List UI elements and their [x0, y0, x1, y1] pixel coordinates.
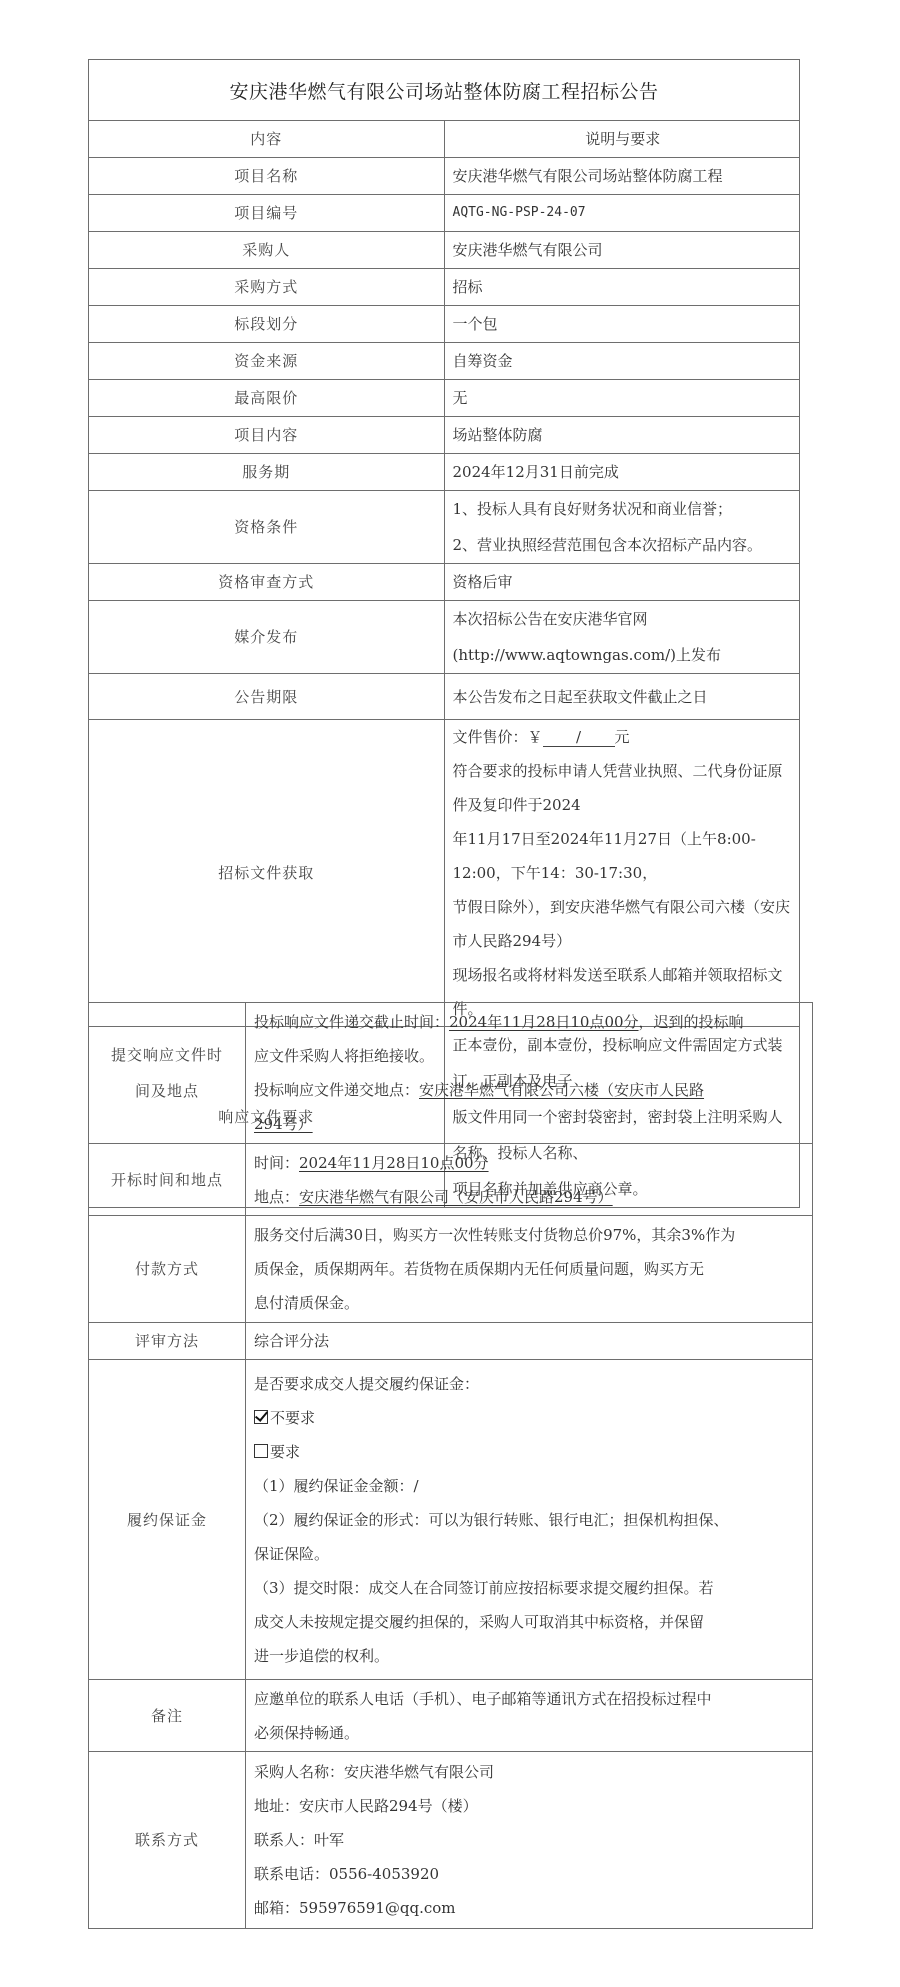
deadline-line: 投标响应文件递交截止时间：2024年11月28日10点00分，迟到的投标响: [254, 1005, 806, 1039]
row-label: 公告期限: [89, 674, 445, 720]
table-row: 媒介发布 本次招标公告在安庆港华官网(http://www.aqtowngas.…: [89, 601, 800, 674]
bond-item-2-cont: 保证保险。: [254, 1537, 806, 1571]
remarks-line: 必须保持畅通。: [254, 1716, 806, 1750]
deadline-prefix: 投标响应文件递交截止时间：: [254, 1013, 449, 1031]
table-row: 采购人 安庆港华燃气有限公司: [89, 232, 800, 269]
table-row: 项目名称 安庆港华燃气有限公司场站整体防腐工程: [89, 158, 800, 195]
opening-place-line: 地点：安庆港华燃气有限公司（安庆市人民路294号）: [254, 1180, 806, 1214]
row-label: 项目内容: [89, 417, 445, 454]
bond-item-3-cont: 进一步追偿的权利。: [254, 1639, 806, 1673]
payment-line: 息付清质保金。: [254, 1286, 806, 1320]
row-label: 开标时间和地点: [89, 1144, 246, 1216]
table-row: 服务期 2024年12月31日前完成: [89, 454, 800, 491]
row-label: 标段划分: [89, 306, 445, 343]
payment-value: 服务交付后满30日，购买方一次性转账支付货物总价97%，其余3%作为 质保金，质…: [246, 1216, 813, 1323]
project-name-value: 安庆港华燃气有限公司场站整体防腐工程: [444, 158, 800, 195]
qualification-line: 1、投标人具有良好财务状况和商业信誉；: [453, 491, 794, 527]
qualification-row: 资格条件 1、投标人具有良好财务状况和商业信誉； 2、营业执照经营范围包含本次招…: [89, 491, 800, 564]
review-method-value: 资格后审: [444, 564, 800, 601]
row-label: 采购人: [89, 232, 445, 269]
row-label: 采购方式: [89, 269, 445, 306]
announcement-period-value: 本公告发布之日起至获取文件截止之日: [444, 674, 800, 720]
procurement-method-value: 招标: [444, 269, 800, 306]
row-label: 提交响应文件时 间及地点: [89, 1003, 246, 1144]
bond-item-3: （3）提交时限：成交人在合同签订前应按招标要求提交履约担保。若: [254, 1571, 806, 1605]
contact-purchaser: 采购人名称：安庆港华燃气有限公司: [254, 1755, 806, 1789]
contact-value: 采购人名称：安庆港华燃气有限公司 地址：安庆市人民路294号（楼） 联系人：叶军…: [246, 1752, 813, 1929]
doc-price-suffix: 元: [615, 728, 630, 746]
table-row: 评审方法 综合评分法: [89, 1323, 813, 1360]
checkbox-unchecked-icon[interactable]: [254, 1444, 268, 1458]
row-label: 服务期: [89, 454, 445, 491]
row-label: 项目编号: [89, 195, 445, 232]
contact-email: 邮箱：595976591@qq.com: [254, 1891, 806, 1925]
contact-address: 地址：安庆市人民路294号（楼）: [254, 1789, 806, 1823]
performance-bond-value: 是否要求成交人提交履约保证金： 不要求 要求 （1）履约保证金金额：/ （2）履…: [246, 1360, 813, 1680]
place-prefix: 投标响应文件递交地点：: [254, 1081, 419, 1099]
bond-item-2: （2）履约保证金的形式：可以为银行转账、银行电汇；担保机构担保、: [254, 1503, 806, 1537]
performance-bond-row: 履约保证金 是否要求成交人提交履约保证金： 不要求 要求 （1）履约保证金金额：…: [89, 1360, 813, 1680]
remarks-line: 应邀单位的联系人电话（手机）、电子邮箱等通讯方式在招投标过程中: [254, 1682, 806, 1716]
document-title: 安庆港华燃气有限公司场站整体防腐工程招标公告: [89, 60, 800, 121]
tender-table-part-2: 提交响应文件时 间及地点 投标响应文件递交截止时间：2024年11月28日10点…: [88, 1002, 813, 1929]
opening-time-value: 2024年11月28日10点00分: [299, 1154, 489, 1172]
row-label: 资格审查方式: [89, 564, 445, 601]
remarks-value: 应邀单位的联系人电话（手机）、电子邮箱等通讯方式在招投标过程中 必须保持畅通。: [246, 1680, 813, 1752]
contact-person: 联系人：叶军: [254, 1823, 806, 1857]
row-label: 备注: [89, 1680, 246, 1752]
purchaser-value: 安庆港华燃气有限公司: [444, 232, 800, 269]
title-row: 安庆港华燃气有限公司场站整体防腐工程招标公告: [89, 60, 800, 121]
deadline-value: 2024年11月28日10点00分: [449, 1013, 639, 1031]
contact-phone: 联系电话：0556-4053920: [254, 1857, 806, 1891]
header-col-content: 内容: [89, 121, 445, 158]
opening-time-prefix: 时间：: [254, 1154, 299, 1172]
row-label-line: 间及地点: [89, 1073, 245, 1109]
contact-row: 联系方式 采购人名称：安庆港华燃气有限公司 地址：安庆市人民路294号（楼） 联…: [89, 1752, 813, 1929]
row-label: 付款方式: [89, 1216, 246, 1323]
table-row: 最高限价 无: [89, 380, 800, 417]
row-label: 招标文件获取: [89, 720, 445, 1027]
table-row: 项目编号 AQTG-NG-PSP-24-07: [89, 195, 800, 232]
place-line-2: 294号）: [254, 1107, 806, 1141]
media-value: 本次招标公告在安庆港华官网(http://www.aqtowngas.com/)…: [444, 601, 800, 674]
table-row: 项目内容 场站整体防腐: [89, 417, 800, 454]
doc-obtain-row: 招标文件获取 文件售价：￥/元 符合要求的投标申请人凭营业执照、二代身份证原件及…: [89, 720, 800, 1027]
bond-option-required[interactable]: 要求: [254, 1435, 806, 1469]
row-label: 媒介发布: [89, 601, 445, 674]
bond-option-label: 不要求: [270, 1409, 315, 1427]
doc-price-line: 文件售价：￥/元: [453, 720, 794, 754]
table-row: 资金来源 自筹资金: [89, 343, 800, 380]
row-label: 履约保证金: [89, 1360, 246, 1680]
table-row: 资格审查方式 资格后审: [89, 564, 800, 601]
opening-row: 开标时间和地点 时间：2024年11月28日10点00分 地点：安庆港华燃气有限…: [89, 1144, 813, 1216]
evaluation-value: 综合评分法: [246, 1323, 813, 1360]
qualification-value: 1、投标人具有良好财务状况和商业信誉； 2、营业执照经营范围包含本次招标产品内容…: [444, 491, 800, 564]
doc-price-blank: /: [543, 728, 615, 747]
lot-division-value: 一个包: [444, 306, 800, 343]
table-row: 标段划分 一个包: [89, 306, 800, 343]
payment-row: 付款方式 服务交付后满30日，购买方一次性转账支付货物总价97%，其余3%作为 …: [89, 1216, 813, 1323]
row-label: 最高限价: [89, 380, 445, 417]
deadline-line-2: 应文件采购人将拒绝接收。: [254, 1039, 806, 1073]
project-content-value: 场站整体防腐: [444, 417, 800, 454]
payment-line: 服务交付后满30日，购买方一次性转账支付货物总价97%，其余3%作为: [254, 1218, 806, 1252]
place-value-cont: 294号）: [254, 1115, 313, 1133]
opening-place-prefix: 地点：: [254, 1188, 299, 1206]
row-label: 评审方法: [89, 1323, 246, 1360]
deadline-suffix: ，迟到的投标响: [639, 1013, 744, 1031]
bond-question: 是否要求成交人提交履约保证金：: [254, 1367, 806, 1401]
opening-place-value: 安庆港华燃气有限公司（安庆市人民路294号）: [299, 1188, 613, 1206]
row-label: 联系方式: [89, 1752, 246, 1929]
table-row: 采购方式 招标: [89, 269, 800, 306]
header-col-description: 说明与要求: [444, 121, 800, 158]
doc-obtain-line: 年11月17日至2024年11月27日（上午8:00-12:00，下午14：30…: [453, 822, 794, 890]
row-label: 资格条件: [89, 491, 445, 564]
bond-option-label: 要求: [270, 1443, 300, 1461]
doc-obtain-value: 文件售价：￥/元 符合要求的投标申请人凭营业执照、二代身份证原件及复印件于202…: [444, 720, 800, 1027]
doc-obtain-line: 节假日除外），到安庆港华燃气有限公司六楼（安庆市人民路294号）: [453, 890, 794, 958]
table-row: 公告期限 本公告发布之日起至获取文件截止之日: [89, 674, 800, 720]
service-period-value: 2024年12月31日前完成: [444, 454, 800, 491]
project-number-value: AQTG-NG-PSP-24-07: [444, 195, 800, 232]
doc-obtain-line: 符合要求的投标申请人凭营业执照、二代身份证原件及复印件于2024: [453, 754, 794, 822]
bond-item-1: （1）履约保证金金额：/: [254, 1469, 806, 1503]
opening-value: 时间：2024年11月28日10点00分 地点：安庆港华燃气有限公司（安庆市人民…: [246, 1144, 813, 1216]
fund-source-value: 自筹资金: [444, 343, 800, 380]
payment-line: 质保金，质保期两年。若货物在质保期内无任何质量问题，购买方无: [254, 1252, 806, 1286]
place-value: 安庆港华燃气有限公司六楼（安庆市人民路: [419, 1081, 704, 1099]
bond-item-3-cont: 成交人未按规定提交履约担保的，采购人可取消其中标资格，并保留: [254, 1605, 806, 1639]
header-row: 内容 说明与要求: [89, 121, 800, 158]
doc-price-prefix: 文件售价：￥: [453, 728, 543, 746]
submission-row: 提交响应文件时 间及地点 投标响应文件递交截止时间：2024年11月28日10点…: [89, 1003, 813, 1144]
bond-option-not-required[interactable]: 不要求: [254, 1401, 806, 1435]
remarks-row: 备注 应邀单位的联系人电话（手机）、电子邮箱等通讯方式在招投标过程中 必须保持畅…: [89, 1680, 813, 1752]
checkbox-checked-icon[interactable]: [254, 1410, 268, 1424]
place-line: 投标响应文件递交地点：安庆港华燃气有限公司六楼（安庆市人民路: [254, 1073, 806, 1107]
row-label: 项目名称: [89, 158, 445, 195]
qualification-line: 2、营业执照经营范围包含本次招标产品内容。: [453, 527, 794, 563]
submission-value: 投标响应文件递交截止时间：2024年11月28日10点00分，迟到的投标响 应文…: [246, 1003, 813, 1144]
row-label-line: 提交响应文件时: [89, 1037, 245, 1073]
row-label: 资金来源: [89, 343, 445, 380]
max-price-value: 无: [444, 380, 800, 417]
opening-time-line: 时间：2024年11月28日10点00分: [254, 1146, 806, 1180]
